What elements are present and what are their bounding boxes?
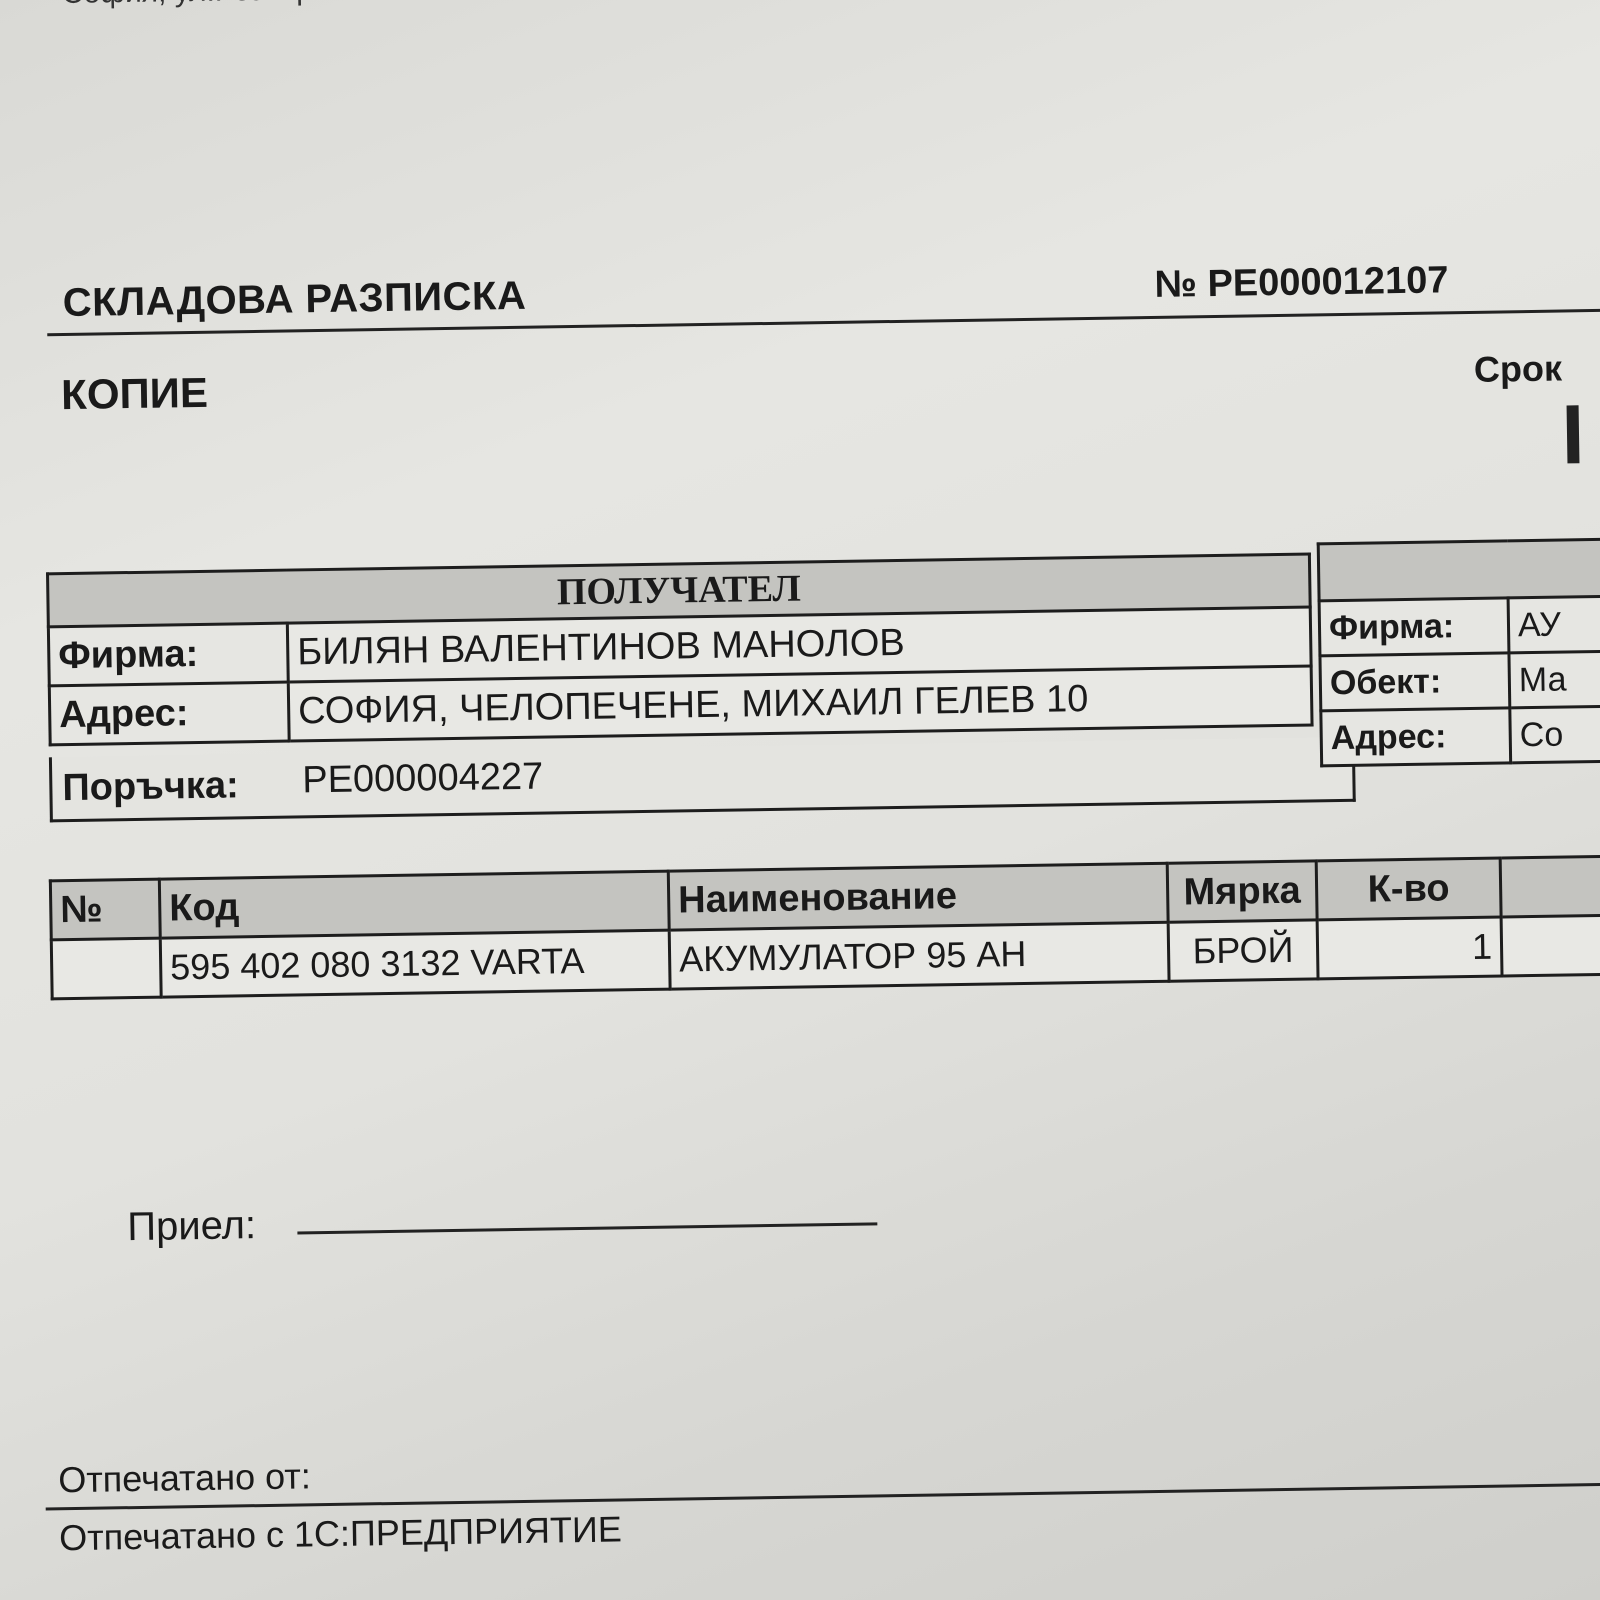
items-table: № Код Наименование Мярка К-во 595 402 08…	[49, 854, 1600, 1000]
item-extra	[1501, 915, 1600, 976]
column-header-number: №	[50, 879, 160, 940]
deadline-label: Срок	[1474, 348, 1563, 391]
sender-table: Фирма: АУ Обект: Ма Адрес: Со	[1317, 537, 1600, 767]
item-unit: БРОЙ	[1168, 920, 1318, 981]
column-header-quantity: К-во	[1316, 858, 1501, 920]
printed-with-label: Отпечатано с 1С:ПРЕДПРИЯТИЕ	[59, 1508, 622, 1559]
item-code: 595 402 080 3132 VARTA	[160, 930, 670, 997]
sender-object-value: Ма	[1509, 651, 1600, 708]
order-value: PE000004227	[302, 756, 544, 803]
item-quantity: 1	[1317, 917, 1502, 979]
document-number: № PE000012107	[1154, 259, 1448, 307]
sender-address-label: Адрес:	[1321, 708, 1511, 766]
sender-object-label: Обект:	[1320, 653, 1510, 711]
sender-company-label: Фирма:	[1319, 598, 1509, 656]
item-name: АКУМУЛАТОР 95 АН	[669, 922, 1169, 989]
sender-heading	[1318, 539, 1600, 601]
order-row: Поръчка: PE000004227	[49, 737, 1356, 823]
column-header-name: Наименование	[668, 863, 1168, 930]
item-number	[51, 938, 161, 999]
order-label: Поръчка:	[62, 764, 239, 810]
column-header-extra	[1500, 856, 1600, 917]
warehouse-receipt-document: София, ул.Резбарска 13 СКЛАДОВА РАЗПИСКА…	[0, 0, 1600, 1600]
signature-line	[297, 1222, 877, 1234]
received-by-label: Приел:	[127, 1203, 256, 1250]
column-header-unit: Мярка	[1167, 861, 1317, 922]
column-header-code: Код	[159, 871, 669, 938]
copy-label: КОПИЕ	[61, 369, 208, 419]
sender-address-value: Со	[1510, 706, 1600, 763]
recipient-company-label: Фирма:	[48, 623, 288, 686]
sender-company-value: АУ	[1508, 596, 1600, 653]
printed-by-label: Отпечатано от:	[58, 1455, 311, 1501]
company-address: София, ул.Резбарска 13	[62, 0, 401, 11]
document-title: СКЛАДОВА РАЗПИСКА	[62, 274, 526, 326]
recipient-table: ПОЛУЧАТЕЛ Фирма: БИЛЯН ВАЛЕНТИНОВ МАНОЛО…	[46, 552, 1314, 746]
deadline-box-edge	[1567, 405, 1580, 463]
recipient-address-label: Адрес:	[49, 682, 289, 745]
